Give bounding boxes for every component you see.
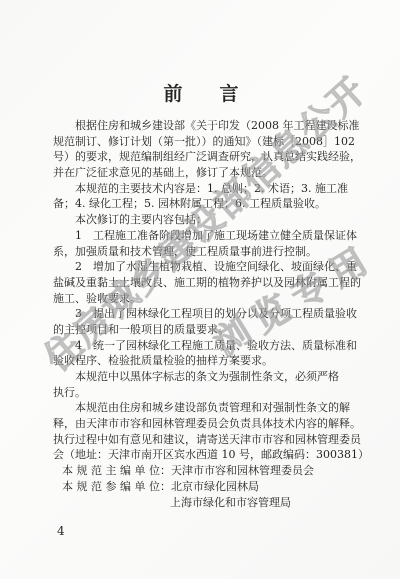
text-line: 系，加强质量和技术管理，使工程质量事前进行控制。 bbox=[53, 244, 349, 260]
text-line: 的主控项目和一般项目的质量要求。 bbox=[53, 322, 349, 338]
text-line: 3 提出了园林绿化工程项目的划分以及分项工程质量验收 bbox=[53, 306, 349, 322]
text-line: 1 工程施工准备阶段增加了施工现场建立健全质量保证体 bbox=[53, 228, 349, 244]
text-line: 本规范中以黑体字标志的条文为强制性条文，必须严格 bbox=[53, 369, 349, 385]
text-line: 释，由天津市市容和园林管理委员会负责具体技术内容的解释。 bbox=[53, 416, 349, 432]
text-line: 4 统一了园林绿化工程施工质量、验收方法、质量标准和 bbox=[53, 338, 349, 354]
text-line: 2 增加了水湿生植物栽植、设施空间绿化、坡面绿化、重 bbox=[53, 259, 349, 275]
text-line: 本次修订的主要内容包括： bbox=[53, 212, 349, 228]
page-title: 前 言 bbox=[53, 79, 349, 106]
text-line: 执行过程中如有意见和建议，请寄送天津市市容和园林管理委员 bbox=[53, 432, 349, 448]
text-line: 施工、验收要求。 bbox=[53, 291, 349, 307]
text-line: 备；4. 绿化工程；5. 园林附属工程；6. 工程质量验收。 bbox=[53, 196, 349, 212]
text-line: 本规范由住房和城乡建设部负责管理和对强制性条文的解 bbox=[53, 400, 349, 416]
text-line: 执行。 bbox=[53, 385, 349, 401]
document-page: 住房城乡建设部信息公开 浏览专用 前 言 根据住房和城乡建设部《关于印发（200… bbox=[0, 0, 400, 579]
text-line: 本规范的主要技术内容是：1. 总则；2. 术语；3. 施工准 bbox=[53, 181, 349, 197]
text-line: 并在广泛征求意见的基础上，修订了本规范。 bbox=[53, 165, 349, 181]
text-line: 盐碱及重黏土土壤改良、施工期的植物养护以及园林附属工程的 bbox=[53, 275, 349, 291]
text-line: 根据住房和城乡建设部《关于印发（2008 年工程建设标准 bbox=[53, 118, 349, 134]
text-line: 本 规 范 主 编 单 位：天津市市容和园林管理委员会 bbox=[53, 463, 349, 479]
text-line: 验收程序、检验批质量检验的抽样方案要求。 bbox=[53, 353, 349, 369]
text-line: 规范制订、修订计划（第一批））的通知》（建标［2008］102 bbox=[53, 134, 349, 150]
text-line: 上海市绿化和市容管理局 bbox=[53, 495, 349, 511]
text-line: 会（地址：天津市南开区宾水西道 10 号，邮政编码：300381） bbox=[53, 447, 349, 463]
foreword-body: 根据住房和城乡建设部《关于印发（2008 年工程建设标准规范制订、修订计划（第一… bbox=[53, 118, 349, 510]
text-line: 本 规 范 参 编 单 位：北京市绿化园林局 bbox=[53, 479, 349, 495]
page-number: 4 bbox=[57, 524, 65, 538]
text-line: 号）的要求，规范编制组经广泛调查研究，认真总结实践经验， bbox=[53, 149, 349, 165]
